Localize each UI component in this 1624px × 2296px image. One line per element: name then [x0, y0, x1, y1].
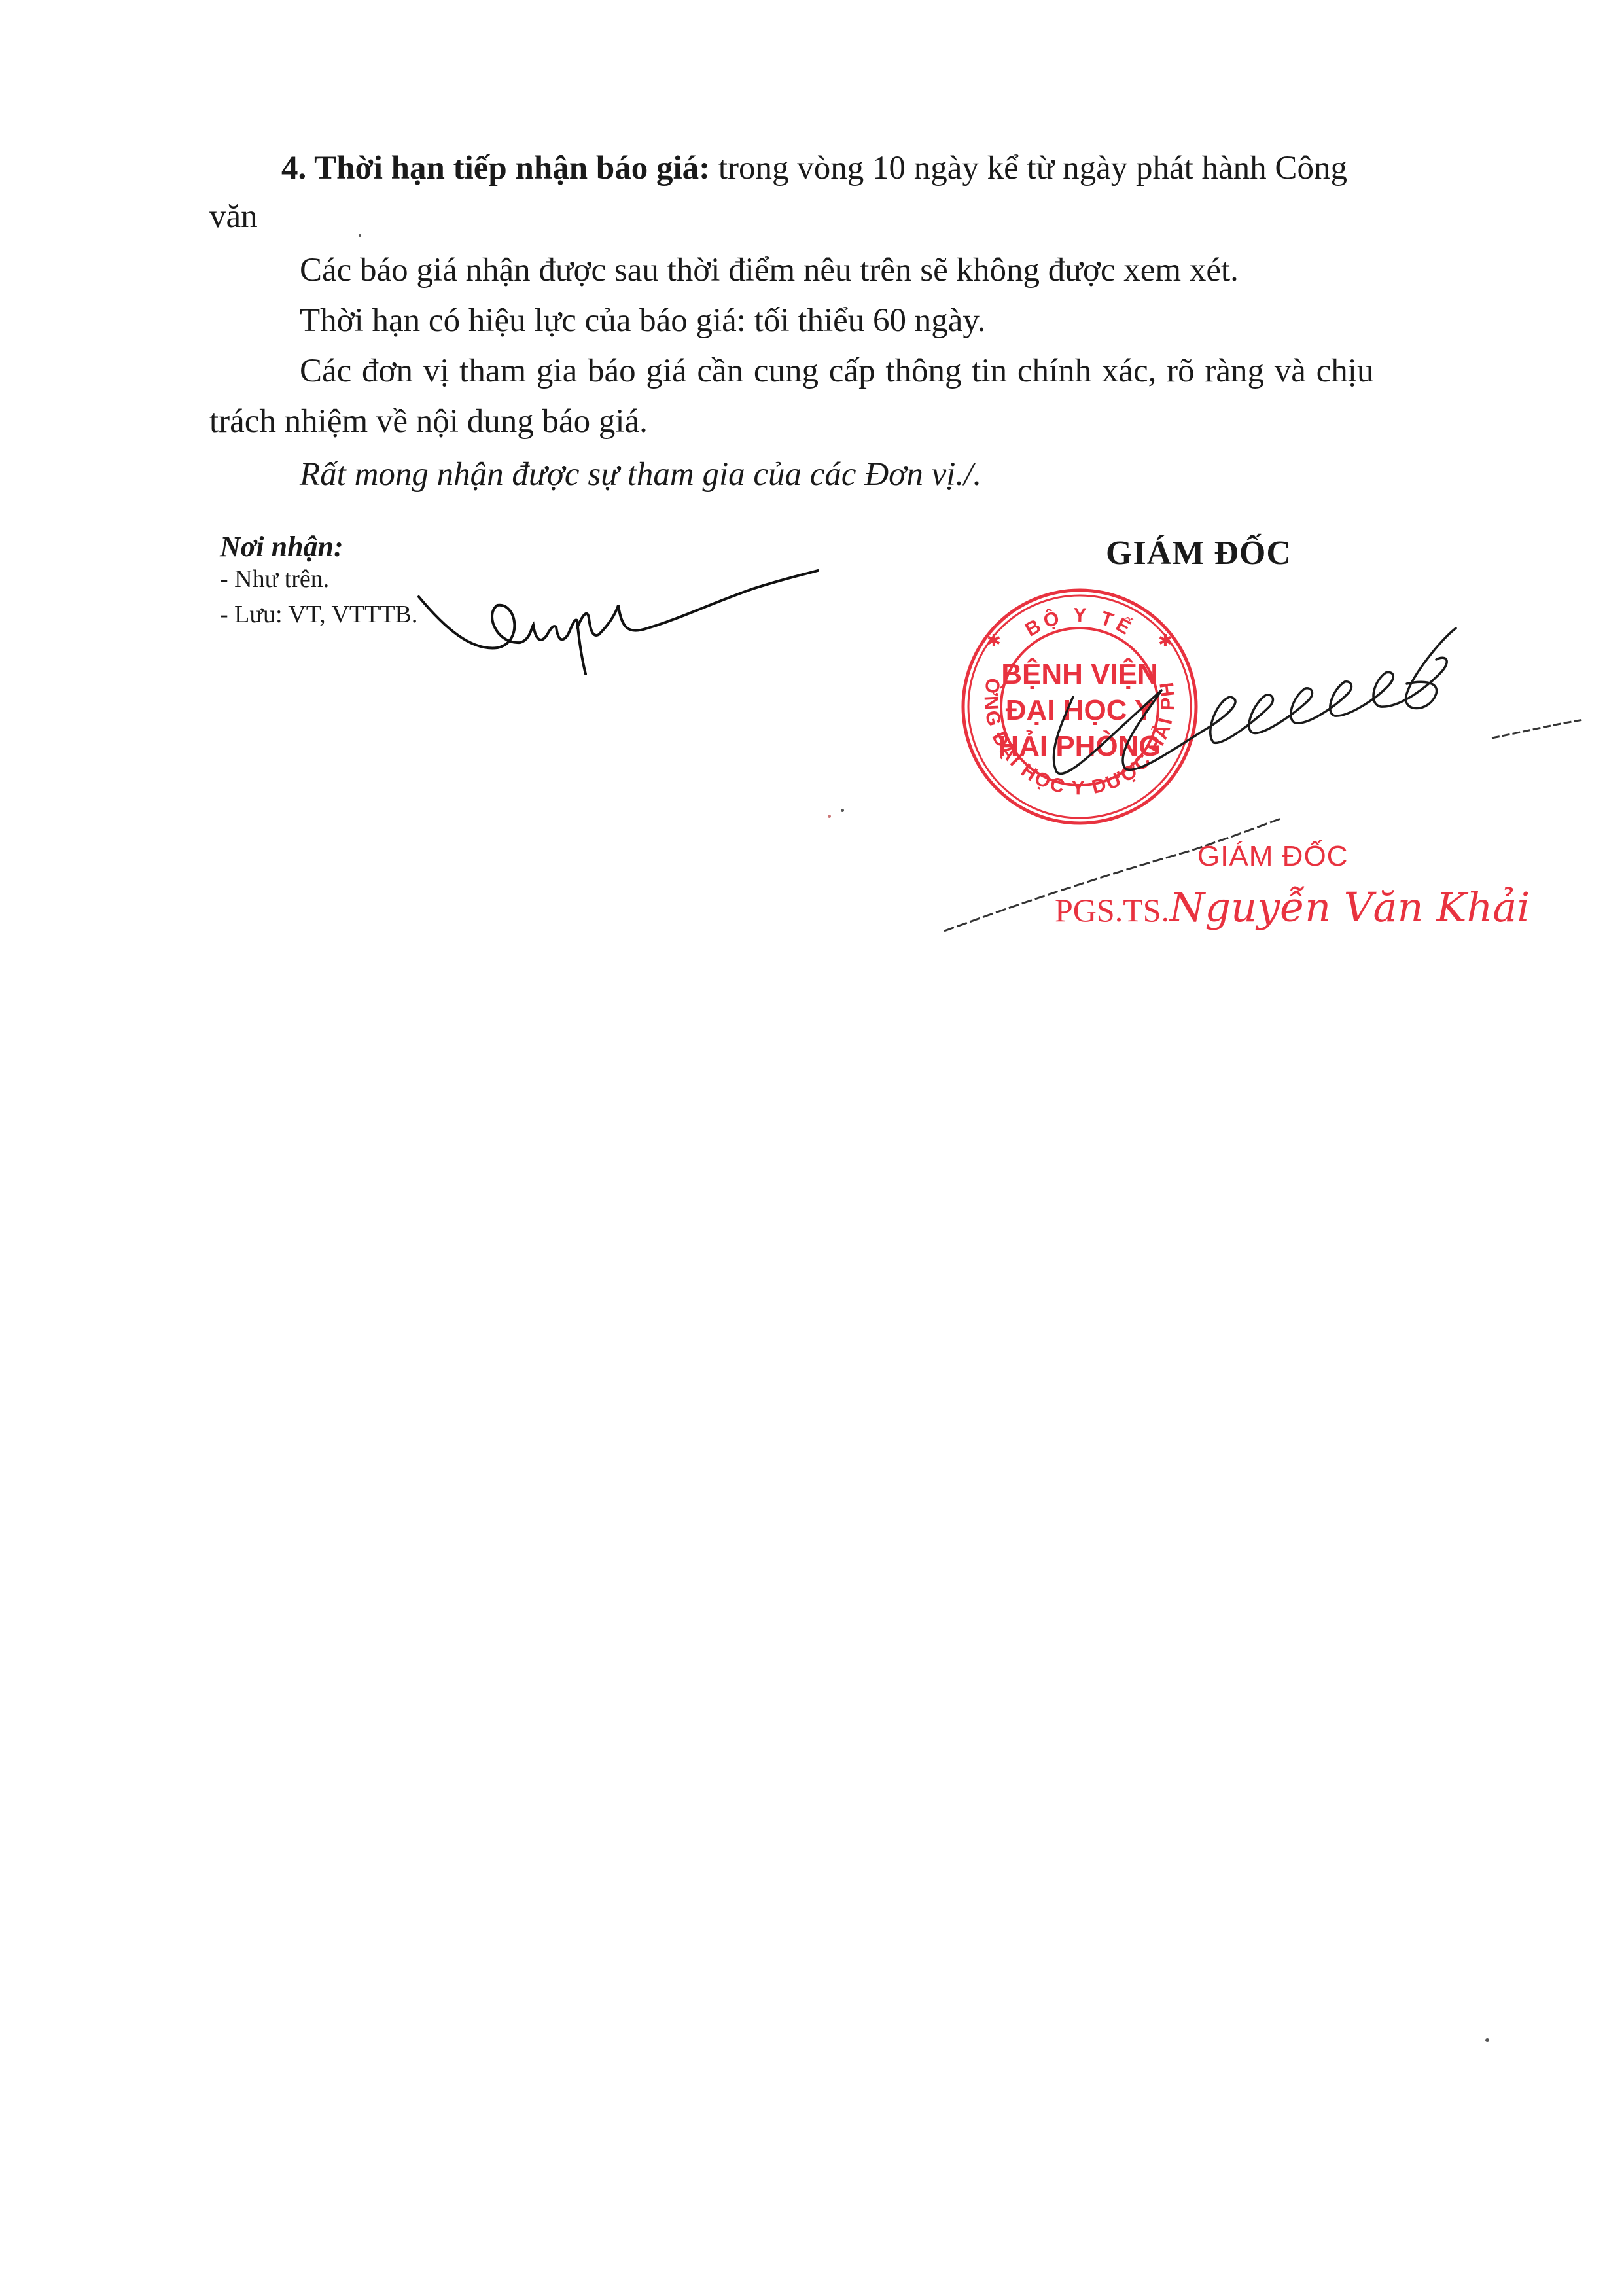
- scan-speck: [828, 815, 831, 818]
- director-signature-icon: [0, 0, 1624, 981]
- signer-prefix: PGS.TS.: [1055, 892, 1169, 928]
- scan-speck: [359, 234, 361, 237]
- scan-speck: [1485, 2038, 1489, 2042]
- signer-name: Nguyễn Văn Khải: [1169, 883, 1530, 931]
- signer-name-line: PGS.TS.Nguyễn Văn Khải: [1055, 883, 1530, 931]
- stamp-signer-title: GIÁM ĐỐC: [1197, 840, 1348, 873]
- scan-speck: [841, 809, 844, 812]
